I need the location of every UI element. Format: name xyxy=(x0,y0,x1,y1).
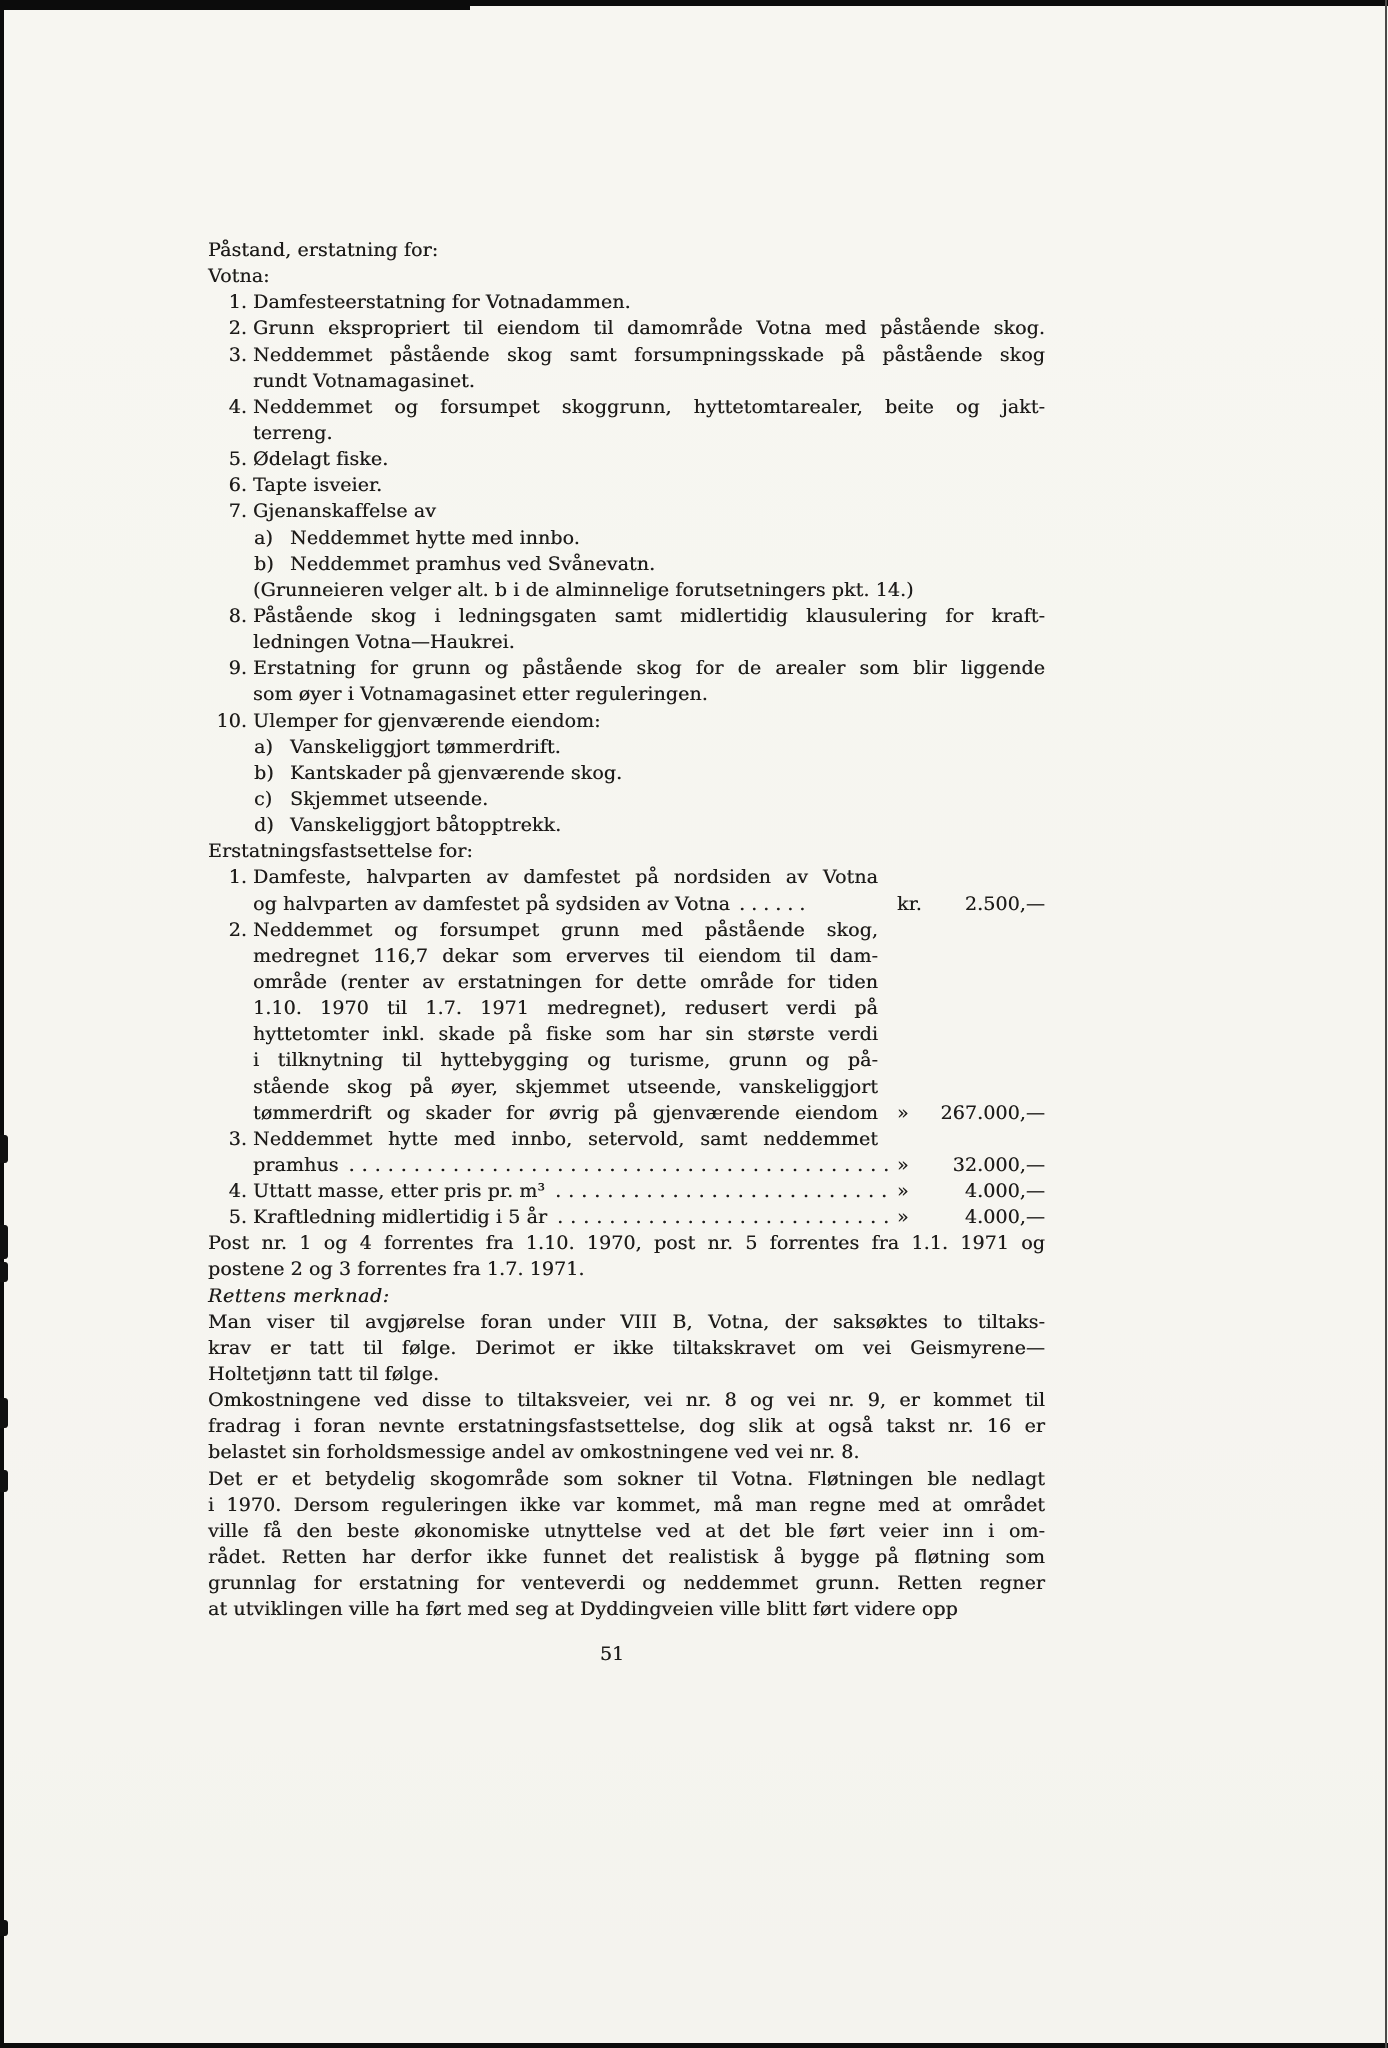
text-line: 2.Neddemmet og forsumpet grunn med påstå… xyxy=(208,917,1045,943)
text-line: b)Kantskader på gjenværende skog. xyxy=(208,760,1045,786)
document-page: Påstand, erstatning for:Votna:1.Damfeste… xyxy=(0,0,1388,2048)
list-number: 3. xyxy=(208,1126,247,1152)
text-line: fradrag i foran nevnte erstatningsfastse… xyxy=(208,1413,1045,1439)
text-line: 1.Damfeste, halvparten av damfestet på n… xyxy=(208,864,1045,890)
line-text: Neddemmet og forsumpet skoggrunn, hyttet… xyxy=(253,396,1045,418)
scan-border-top-left xyxy=(0,0,470,10)
text-line: Det er et betydelig skogområde som sokne… xyxy=(208,1466,1045,1492)
text-line: som øyer i Votnamagasinet etter reguleri… xyxy=(208,681,1045,707)
text-line: at utviklingen ville ha ført med seg at … xyxy=(208,1596,1045,1622)
text-line: d)Vanskeliggjort båtopptrekk. xyxy=(208,812,1045,838)
sublist-label: b) xyxy=(254,760,274,786)
line-text: Påstand, erstatning for: xyxy=(208,239,438,261)
line-text: som øyer i Votnamagasinet etter reguleri… xyxy=(253,683,708,705)
text-line: 7.Gjenanskaffelse av xyxy=(208,498,1045,524)
line-text: Påstående skog i ledningsgaten samt midl… xyxy=(253,605,1045,627)
list-number: 1. xyxy=(208,864,247,890)
line-text: Neddemmet pramhus ved Svånevatn. xyxy=(290,553,655,575)
line-text: Uttatt masse, etter pris pr. m³ xyxy=(253,1178,545,1204)
list-number: 7. xyxy=(208,498,247,524)
text-line: 4.Neddemmet og forsumpet skoggrunn, hytt… xyxy=(208,394,1045,420)
amount: 32.000,— xyxy=(953,1152,1045,1178)
text-line: 1.10. 1970 til 1.7. 1971 medregnet), red… xyxy=(208,995,1045,1021)
line-text: at utviklingen ville ha ført med seg at … xyxy=(208,1598,958,1620)
line-text: Holtetjønn tatt til følge. xyxy=(208,1363,439,1385)
text-line: område (renter av erstatningen for dette… xyxy=(208,969,1045,995)
line-text: Erstatning for grunn og påstående skog f… xyxy=(253,657,1045,679)
text-line: ville få den beste økonomiske utnyttelse… xyxy=(208,1518,1045,1544)
text-line: i 1970. Dersom reguleringen ikke var kom… xyxy=(208,1492,1045,1518)
line-text: Neddemmet hytte med innbo. xyxy=(290,527,580,549)
text-line: 1.Damfesteerstatning for Votnadammen. xyxy=(208,289,1045,315)
line-text: Det er et betydelig skogområde som sokne… xyxy=(208,1468,1045,1490)
text-line: 2.Grunn ekspropriert til eiendom til dam… xyxy=(208,315,1045,341)
list-number: 4. xyxy=(208,1178,247,1204)
line-text: Kraftledning midlertidig i 5 år xyxy=(253,1204,547,1230)
sublist-label: a) xyxy=(254,734,273,760)
line-text: fradrag i foran nevnte erstatningsfastse… xyxy=(208,1415,1045,1437)
text-line: b)Neddemmet pramhus ved Svånevatn. xyxy=(208,551,1045,577)
line-text: medregnet 116,7 dekar som erverves til e… xyxy=(253,945,878,967)
text-line: 10.Ulemper for gjenværende eiendom: xyxy=(208,708,1045,734)
leader-dots: ........................................… xyxy=(557,1204,890,1230)
line-text: (Grunneieren velger alt. b i de alminnel… xyxy=(253,579,914,601)
scan-edge-blob xyxy=(0,1470,8,1492)
scan-border-bottom xyxy=(0,2043,1388,2048)
line-text: rådet. Retten har derfor ikke funnet det… xyxy=(208,1546,1045,1568)
list-number: 5. xyxy=(208,1204,247,1230)
text-line: Man viser til avgjørelse foran under VII… xyxy=(208,1309,1045,1335)
list-number: 8. xyxy=(208,603,247,629)
text-line: terreng. xyxy=(208,420,1045,446)
currency-symbol: » xyxy=(897,1178,909,1204)
list-number: 1. xyxy=(208,289,247,315)
leader-dots: ........................................… xyxy=(349,1152,890,1178)
list-number: 2. xyxy=(208,315,247,341)
list-number: 4. xyxy=(208,394,247,420)
line-text: ville få den beste økonomiske utnyttelse… xyxy=(208,1520,1045,1542)
amount: 2.500,— xyxy=(965,891,1045,917)
line-text: og halvparten av damfestet på sydsiden a… xyxy=(253,893,730,915)
page-number: 51 xyxy=(582,1643,642,1665)
amount: 267.000,— xyxy=(940,1100,1045,1126)
line-text: Erstatningsfastsettelse for: xyxy=(208,840,473,862)
text-line: 5.Kraftledning midlertidig i 5 år.......… xyxy=(208,1204,1045,1230)
line-text: pramhus xyxy=(253,1152,339,1178)
text-line: Påstand, erstatning for: xyxy=(208,237,1045,263)
line-text: Vanskeliggjort båtopptrekk. xyxy=(290,814,561,836)
scan-edge-blob xyxy=(0,1920,8,1936)
text-line: a)Neddemmet hytte med innbo. xyxy=(208,525,1045,551)
text-line: i tilknytning til hyttebygging og turism… xyxy=(208,1047,1045,1073)
list-number: 10. xyxy=(208,708,247,734)
line-text: Post nr. 1 og 4 forrentes fra 1.10. 1970… xyxy=(208,1232,1045,1254)
list-number: 2. xyxy=(208,917,247,943)
text-line: 3.Neddemmet hytte med innbo, setervold, … xyxy=(208,1126,1045,1152)
line-text: Neddemmet hytte med innbo, setervold, sa… xyxy=(253,1128,878,1150)
sublist-label: d) xyxy=(254,812,274,838)
currency-symbol: » xyxy=(897,1100,909,1126)
line-text: Grunn ekspropriert til eiendom til damom… xyxy=(253,317,1045,339)
line-text: tømmerdrift og skader for øvrig på gjenv… xyxy=(253,1102,878,1124)
text-line: krav er tatt til følge. Derimot er ikke … xyxy=(208,1335,1045,1361)
text-line: pramhus.................................… xyxy=(208,1152,1045,1178)
text-line: 5.Ødelagt fiske. xyxy=(208,446,1045,472)
sublist-label: a) xyxy=(254,525,273,551)
line-text: Tapte isveier. xyxy=(253,474,382,496)
line-text: Omkostningene ved disse to tiltaksveier,… xyxy=(208,1389,1045,1411)
line-text: Gjenanskaffelse av xyxy=(253,500,436,522)
line-text: Neddemmet påstående skog samt forsumpnin… xyxy=(253,344,1045,366)
leader-dots: ........................................… xyxy=(555,1178,890,1204)
line-text: Rettens merknad: xyxy=(208,1285,390,1307)
line-text: Ødelagt fiske. xyxy=(253,448,388,470)
text-line: Votna: xyxy=(208,263,1045,289)
line-text: belastet sin forholdsmessige andel av om… xyxy=(208,1441,860,1463)
text-line: grunnlag for erstatning for venteverdi o… xyxy=(208,1570,1045,1596)
text-line: rundt Votnamagasinet. xyxy=(208,368,1045,394)
amount: 4.000,— xyxy=(965,1204,1045,1230)
scan-edge-blob xyxy=(0,1135,8,1163)
scan-edge-blob xyxy=(0,1398,8,1428)
scan-edge-blob xyxy=(0,1262,8,1282)
list-number: 3. xyxy=(208,342,247,368)
line-text: stående skog på øyer, skjemmet utseende,… xyxy=(253,1076,878,1098)
currency-symbol: » xyxy=(897,1204,909,1230)
text-line: medregnet 116,7 dekar som erverves til e… xyxy=(208,943,1045,969)
scan-border-left xyxy=(0,0,4,2048)
text-line: hyttetomter inkl. skade på fiske som har… xyxy=(208,1021,1045,1047)
text-line: 8.Påstående skog i ledningsgaten samt mi… xyxy=(208,603,1045,629)
text-line: belastet sin forholdsmessige andel av om… xyxy=(208,1439,1045,1465)
list-number: 5. xyxy=(208,446,247,472)
list-number: 9. xyxy=(208,655,247,681)
text-line: postene 2 og 3 forrentes fra 1.7. 1971. xyxy=(208,1256,1045,1282)
line-text: Man viser til avgjørelse foran under VII… xyxy=(208,1311,1045,1333)
text-line: 6.Tapte isveier. xyxy=(208,472,1045,498)
sublist-label: b) xyxy=(254,551,274,577)
leader-dots: ...... xyxy=(739,893,811,915)
line-text: Votna: xyxy=(208,265,270,287)
text-line: Holtetjønn tatt til følge. xyxy=(208,1361,1045,1387)
list-number: 6. xyxy=(208,472,247,498)
text-line: (Grunneieren velger alt. b i de alminnel… xyxy=(208,577,1045,603)
line-text: postene 2 og 3 forrentes fra 1.7. 1971. xyxy=(208,1258,585,1280)
line-text: rundt Votnamagasinet. xyxy=(253,370,475,392)
line-text: krav er tatt til følge. Derimot er ikke … xyxy=(208,1337,1045,1359)
text-line: 9.Erstatning for grunn og påstående skog… xyxy=(208,655,1045,681)
text-line: stående skog på øyer, skjemmet utseende,… xyxy=(208,1074,1045,1100)
line-text: i 1970. Dersom reguleringen ikke var kom… xyxy=(208,1494,1045,1516)
text-line: Omkostningene ved disse to tiltaksveier,… xyxy=(208,1387,1045,1413)
text-line: 3.Neddemmet påstående skog samt forsumpn… xyxy=(208,342,1045,368)
text-line: Post nr. 1 og 4 forrentes fra 1.10. 1970… xyxy=(208,1230,1045,1256)
line-text: Kantskader på gjenværende skog. xyxy=(290,762,622,784)
body-text: Påstand, erstatning for:Votna:1.Damfeste… xyxy=(208,237,1045,1622)
text-line: og halvparten av damfestet på sydsiden a… xyxy=(208,891,1045,917)
line-text: område (renter av erstatningen for dette… xyxy=(253,971,878,993)
text-line: ledningen Votna—Haukrei. xyxy=(208,629,1045,655)
line-text: grunnlag for erstatning for venteverdi o… xyxy=(208,1572,1045,1594)
text-line: c)Skjemmet utseende. xyxy=(208,786,1045,812)
line-text: Damfeste, halvparten av damfestet på nor… xyxy=(253,866,878,888)
text-line: Erstatningsfastsettelse for: xyxy=(208,838,1045,864)
text-line: rådet. Retten har derfor ikke funnet det… xyxy=(208,1544,1045,1570)
text-line: 4.Uttatt masse, etter pris pr. m³.......… xyxy=(208,1178,1045,1204)
line-text: hyttetomter inkl. skade på fiske som har… xyxy=(253,1023,878,1045)
amount: 4.000,— xyxy=(965,1178,1045,1204)
line-text: Damfesteerstatning for Votnadammen. xyxy=(253,291,631,313)
line-text: Ulemper for gjenværende eiendom: xyxy=(253,710,601,732)
text-line: Rettens merknad: xyxy=(208,1283,1045,1309)
scan-border-right xyxy=(1385,0,1387,2048)
line-text: terreng. xyxy=(253,422,333,444)
line-text: Skjemmet utseende. xyxy=(290,788,488,810)
line-text: ledningen Votna—Haukrei. xyxy=(253,631,515,653)
line-text: Neddemmet og forsumpet grunn med påståen… xyxy=(253,919,878,941)
sublist-label: c) xyxy=(254,786,272,812)
line-text: 1.10. 1970 til 1.7. 1971 medregnet), red… xyxy=(253,997,878,1019)
currency-symbol: » xyxy=(897,1152,909,1178)
currency-symbol: kr. xyxy=(897,891,922,917)
line-text: i tilknytning til hyttebygging og turism… xyxy=(253,1049,878,1071)
text-line: a)Vanskeliggjort tømmerdrift. xyxy=(208,734,1045,760)
scan-edge-blob xyxy=(0,1225,8,1259)
text-line: tømmerdrift og skader for øvrig på gjenv… xyxy=(208,1100,1045,1126)
line-text: Vanskeliggjort tømmerdrift. xyxy=(290,736,561,758)
